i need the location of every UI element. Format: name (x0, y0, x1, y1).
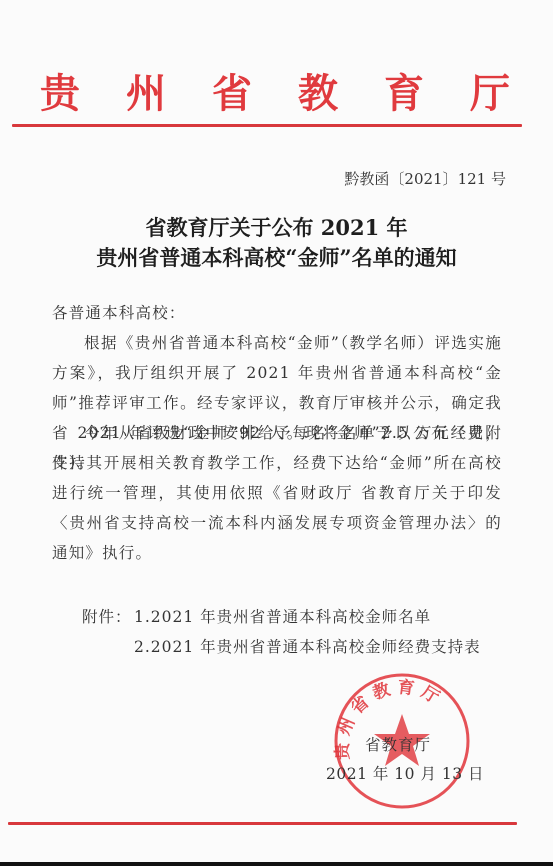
footer-red-rule (8, 822, 517, 825)
attachments: 附件： 1.2021 年贵州省普通本科高校金师名单 2.2021 年贵州省普通本… (82, 602, 481, 662)
salutation: 各普通本科高校： (52, 298, 502, 328)
org-header-char: 育 (384, 70, 424, 118)
title-line-1: 省教育厅关于公布 2021 年 (0, 212, 553, 242)
attachment-item: 2.2021 年贵州省普通本科高校金师经费支持表 (134, 632, 481, 662)
org-header-char: 州 (126, 70, 166, 118)
signature-org: 省教育厅 (365, 733, 431, 755)
org-header-char: 厅 (470, 70, 510, 118)
title-line-2: 贵州省普通本科高校“金师”名单的通知 (0, 242, 553, 272)
header-red-rule (12, 124, 522, 127)
attachments-label: 附件： (82, 602, 134, 632)
org-header: 贵 州 省 教 育 厅 (40, 70, 510, 118)
body-paragraph-2: 今年从省级财政中安排给予每名“金师”2.5 万元经费，支持其开展相关教育教学工作… (52, 418, 502, 568)
signature-date: 2021 年 10 月 13 日 (326, 762, 484, 784)
org-header-char: 贵 (40, 70, 80, 118)
document-number: 黔教函〔2021〕121 号 (344, 168, 506, 189)
org-header-char: 省 (212, 70, 252, 118)
document-page: 贵 州 省 教 育 厅 黔教函〔2021〕121 号 省教育厅关于公布 2021… (0, 0, 553, 866)
bottom-edge (0, 862, 553, 866)
org-header-char: 教 (298, 70, 338, 118)
attachment-item: 1.2021 年贵州省普通本科高校金师名单 (134, 602, 431, 632)
